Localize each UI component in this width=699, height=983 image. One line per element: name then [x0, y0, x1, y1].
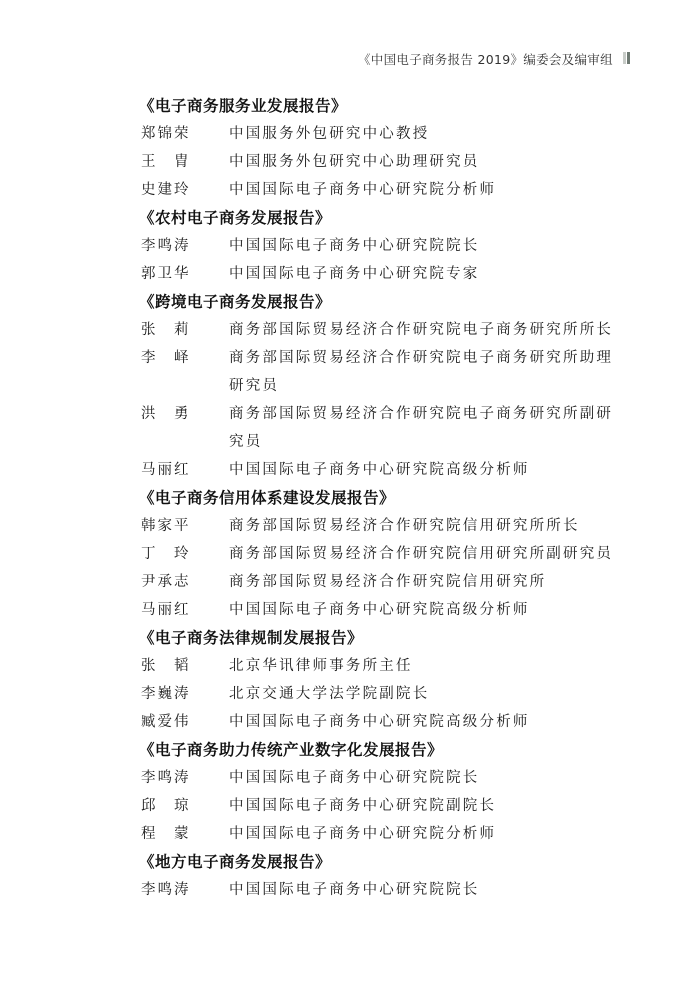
header-bars-icon [623, 52, 631, 67]
member-affiliation: 中国国际电子商务中心研究院副院长 [229, 792, 619, 820]
member-entry: 张 莉商务部国际贸易经济合作研究院电子商务研究所所长 [141, 316, 621, 344]
member-affiliation: 中国国际电子商务中心研究院院长 [229, 232, 619, 260]
member-affiliation: 中国国际电子商务中心研究院分析师 [229, 820, 619, 848]
member-affiliation: 北京交通大学法学院副院长 [229, 680, 619, 708]
member-affiliation: 北京华讯律师事务所主任 [229, 652, 619, 680]
member-affiliation: 商务部国际贸易经济合作研究院信用研究所所长 [229, 512, 619, 540]
member-entry: 尹承志商务部国际贸易经济合作研究院信用研究所 [141, 568, 621, 596]
section-title: 《跨境电子商务发展报告》 [139, 288, 621, 316]
member-entry: 郭卫华中国国际电子商务中心研究院专家 [141, 260, 621, 288]
member-name: 韩家平 [141, 512, 229, 540]
member-affiliation: 中国国际电子商务中心研究院分析师 [229, 176, 619, 204]
member-name: 张 莉 [141, 316, 229, 344]
member-name: 李巍涛 [141, 680, 229, 708]
member-entry: 史建玲中国国际电子商务中心研究院分析师 [141, 176, 621, 204]
member-name: 李鸣涛 [141, 232, 229, 260]
member-affiliation: 中国国际电子商务中心研究院院长 [229, 764, 619, 792]
member-name: 王 胄 [141, 148, 229, 176]
member-entry: 李鸣涛中国国际电子商务中心研究院院长 [141, 876, 621, 904]
member-affiliation: 中国国际电子商务中心研究院高级分析师 [229, 596, 619, 624]
member-affiliation: 中国服务外包研究中心助理研究员 [229, 148, 619, 176]
member-entry: 马丽红中国国际电子商务中心研究院高级分析师 [141, 456, 621, 484]
member-name: 郭卫华 [141, 260, 229, 288]
editorial-list: 《电子商务服务业发展报告》郑锦荣中国服务外包研究中心教授王 胄中国服务外包研究中… [141, 92, 621, 904]
header-bar-dark [627, 52, 630, 64]
member-entry: 马丽红中国国际电子商务中心研究院高级分析师 [141, 596, 621, 624]
member-affiliation: 中国国际电子商务中心研究院高级分析师 [229, 456, 619, 484]
member-name: 李 峄 [141, 344, 229, 400]
member-affiliation: 中国国际电子商务中心研究院专家 [229, 260, 619, 288]
member-entry: 韩家平商务部国际贸易经济合作研究院信用研究所所长 [141, 512, 621, 540]
member-entry: 李 峄商务部国际贸易经济合作研究院电子商务研究所助理研究员 [141, 344, 621, 400]
member-name: 郑锦荣 [141, 120, 229, 148]
member-affiliation: 商务部国际贸易经济合作研究院电子商务研究所助理研究员 [229, 344, 619, 400]
header-bar-light [623, 52, 626, 64]
member-entry: 丁 玲商务部国际贸易经济合作研究院信用研究所副研究员 [141, 540, 621, 568]
member-entry: 张 韬北京华讯律师事务所主任 [141, 652, 621, 680]
section-title: 《电子商务服务业发展报告》 [139, 92, 621, 120]
member-name: 洪 勇 [141, 400, 229, 456]
member-name: 马丽红 [141, 596, 229, 624]
member-name: 马丽红 [141, 456, 229, 484]
section-title: 《地方电子商务发展报告》 [139, 848, 621, 876]
section-title: 《电子商务法律规制发展报告》 [139, 624, 621, 652]
member-name: 臧爱伟 [141, 708, 229, 736]
member-entry: 程 蒙中国国际电子商务中心研究院分析师 [141, 820, 621, 848]
member-name: 李鸣涛 [141, 876, 229, 904]
member-entry: 洪 勇商务部国际贸易经济合作研究院电子商务研究所副研究员 [141, 400, 621, 456]
section-title: 《电子商务信用体系建设发展报告》 [139, 484, 621, 512]
member-name: 丁 玲 [141, 540, 229, 568]
member-affiliation: 商务部国际贸易经济合作研究院电子商务研究所副研究员 [229, 400, 619, 456]
member-name: 邱 琼 [141, 792, 229, 820]
running-header-title: 《中国电子商务报告 2019》编委会及编审组 [358, 52, 613, 67]
member-entry: 王 胄中国服务外包研究中心助理研究员 [141, 148, 621, 176]
member-affiliation: 商务部国际贸易经济合作研究院电子商务研究所所长 [229, 316, 619, 344]
member-name: 史建玲 [141, 176, 229, 204]
running-header: 《中国电子商务报告 2019》编委会及编审组 [358, 50, 631, 68]
member-affiliation: 商务部国际贸易经济合作研究院信用研究所副研究员 [229, 540, 619, 568]
section-title: 《农村电子商务发展报告》 [139, 204, 621, 232]
member-affiliation: 中国国际电子商务中心研究院高级分析师 [229, 708, 619, 736]
member-affiliation: 中国国际电子商务中心研究院院长 [229, 876, 619, 904]
member-name: 尹承志 [141, 568, 229, 596]
member-name: 李鸣涛 [141, 764, 229, 792]
member-affiliation: 中国服务外包研究中心教授 [229, 120, 619, 148]
member-entry: 李巍涛北京交通大学法学院副院长 [141, 680, 621, 708]
member-name: 程 蒙 [141, 820, 229, 848]
section-title: 《电子商务助力传统产业数字化发展报告》 [139, 736, 621, 764]
member-entry: 李鸣涛中国国际电子商务中心研究院院长 [141, 764, 621, 792]
member-affiliation: 商务部国际贸易经济合作研究院信用研究所 [229, 568, 619, 596]
member-entry: 邱 琼中国国际电子商务中心研究院副院长 [141, 792, 621, 820]
member-entry: 李鸣涛中国国际电子商务中心研究院院长 [141, 232, 621, 260]
member-name: 张 韬 [141, 652, 229, 680]
member-entry: 郑锦荣中国服务外包研究中心教授 [141, 120, 621, 148]
member-entry: 臧爱伟中国国际电子商务中心研究院高级分析师 [141, 708, 621, 736]
